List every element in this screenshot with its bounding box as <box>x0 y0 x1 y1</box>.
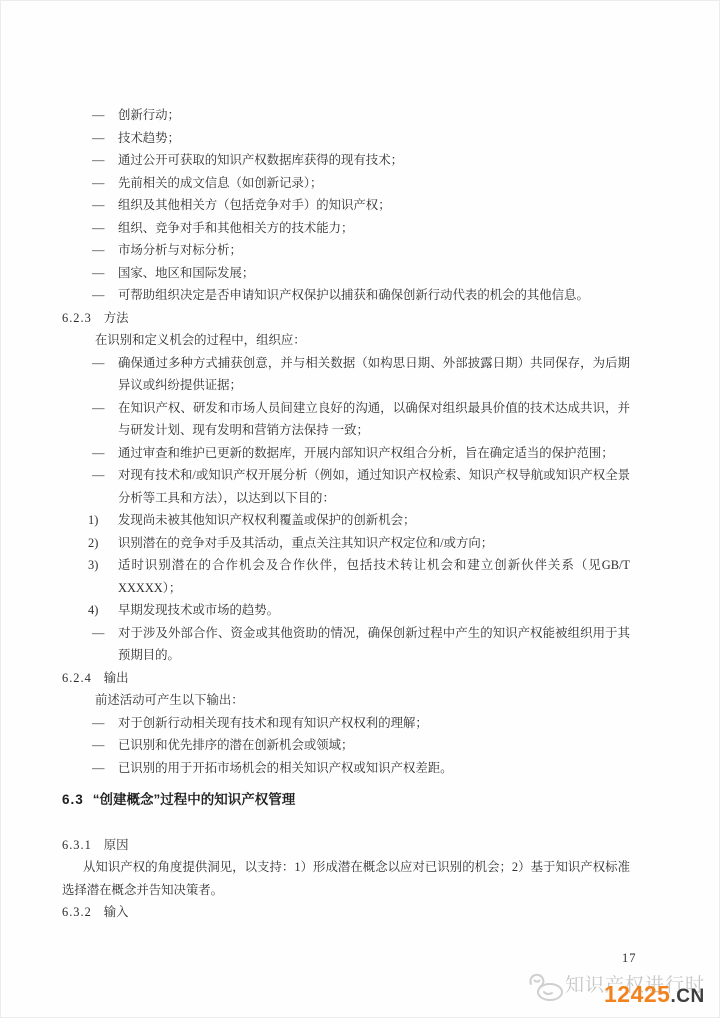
paragraph: 从知识产权的角度提供洞见，以支持：1）形成潜在概念以应对已识别的机会；2）基于知… <box>62 856 630 901</box>
document-page: —创新行动；—技术趋势；—通过公开可获取的知识产权数据库获得的现有技术；—先前相… <box>0 0 720 1018</box>
list-marker: 3) <box>88 554 118 599</box>
list-marker: — <box>92 712 118 735</box>
list-item-text: 对于涉及外部合作、资金或其他资助的情况，确保创新过程中产生的知识产权能被组织用于… <box>118 622 630 667</box>
list-item-text: 通过审查和维护已更新的数据库，开展内部知识产权组合分析，旨在确定适当的保护范围； <box>118 442 630 465</box>
section-title: “创建概念”过程中的知识产权管理 <box>93 792 296 807</box>
list-marker: 2) <box>88 532 118 555</box>
list-item-text: 创新行动； <box>118 104 630 127</box>
dash-list-item: —组织及其他相关方（包括竞争对手）的知识产权； <box>62 194 630 217</box>
list-marker: — <box>92 352 118 397</box>
dash-list-item: —确保通过多种方式捕获创意，并与相关数据（如构思日期、外部披露日期）共同保存，为… <box>62 352 630 397</box>
section-heading-bold: 6.3“创建概念”过程中的知识产权管理 <box>62 789 630 812</box>
list-item-text: 发现尚未被其他知识产权权利覆盖或保护的创新机会； <box>118 509 630 532</box>
list-marker: — <box>92 622 118 667</box>
list-item-text: 技术趋势； <box>118 127 630 150</box>
chat-bubbles-icon <box>528 972 564 1007</box>
section-heading: 6.2.3方法 <box>62 307 630 330</box>
list-marker: — <box>92 127 118 150</box>
dash-list-item: —组织、竞争对手和其他相关方的技术能力； <box>62 217 630 240</box>
dash-list-item: —通过公开可获取的知识产权数据库获得的现有技术； <box>62 149 630 172</box>
numbered-list-item: 4)早期发现技术或市场的趋势。 <box>62 599 630 622</box>
list-item-text: 适时识别潜在的合作机会及合作伙伴，包括技术转让机会和建立创新伙伴关系（见GB/T… <box>118 554 630 599</box>
list-marker: — <box>92 194 118 217</box>
list-marker: — <box>92 262 118 285</box>
dash-list-item: —已识别的用于开拓市场机会的相关知识产权或知识产权差距。 <box>62 757 630 780</box>
section-heading: 6.3.2输入 <box>62 901 630 924</box>
list-marker: 1) <box>88 509 118 532</box>
list-marker: — <box>92 284 118 307</box>
watermark: 知识产权进行时 12425.CN <box>528 964 714 1012</box>
list-marker: — <box>92 239 118 262</box>
list-item-text: 已识别的用于开拓市场机会的相关知识产权或知识产权差距。 <box>118 757 630 780</box>
list-item-text: 识别潜在的竞争对手及其活动，重点关注其知识产权定位和/或方向； <box>118 532 630 555</box>
numbered-list-item: 2)识别潜在的竞争对手及其活动，重点关注其知识产权定位和/或方向； <box>62 532 630 555</box>
watermark-site-url: 12425.CN <box>604 981 705 1008</box>
dash-list-item: —创新行动； <box>62 104 630 127</box>
dash-list-item: —通过审查和维护已更新的数据库，开展内部知识产权组合分析，旨在确定适当的保护范围… <box>62 442 630 465</box>
dash-list-item: —技术趋势； <box>62 127 630 150</box>
section-title: 输出 <box>104 671 129 685</box>
list-item-text: 组织及其他相关方（包括竞争对手）的知识产权； <box>118 194 630 217</box>
numbered-list-item: 3)适时识别潜在的合作机会及合作伙伴，包括技术转让机会和建立创新伙伴关系（见GB… <box>62 554 630 599</box>
section-number: 6.2.4 <box>62 671 92 685</box>
list-item-text: 组织、竞争对手和其他相关方的技术能力； <box>118 217 630 240</box>
paragraph: 前述活动可产生以下输出： <box>62 689 630 712</box>
section-number: 6.3.2 <box>62 905 92 919</box>
section-title: 输入 <box>104 905 129 919</box>
list-marker: 4) <box>88 599 118 622</box>
list-item-text: 可帮助组织决定是否申请知识产权保护以捕获和确保创新行动代表的机会的其他信息。 <box>118 284 630 307</box>
section-number: 6.3 <box>62 792 84 807</box>
list-marker: — <box>92 172 118 195</box>
list-item-text: 早期发现技术或市场的趋势。 <box>118 599 630 622</box>
list-item-text: 市场分析与对标分析； <box>118 239 630 262</box>
list-marker: — <box>92 442 118 465</box>
list-marker: — <box>92 149 118 172</box>
list-marker: — <box>92 397 118 442</box>
dash-list-item: —市场分析与对标分析； <box>62 239 630 262</box>
dash-list-item: —对现有技术和/或知识产权开展分析（例如，通过知识产权检索、知识产权导航或知识产… <box>62 464 630 509</box>
dash-list-item: —国家、地区和国际发展； <box>62 262 630 285</box>
list-item-text: 确保通过多种方式捕获创意，并与相关数据（如构思日期、外部披露日期）共同保存，为后… <box>118 352 630 397</box>
dash-list-item: —在知识产权、研发和市场人员间建立良好的沟通，以确保对组织最具价值的技术达成共识… <box>62 397 630 442</box>
document-body: —创新行动；—技术趋势；—通过公开可获取的知识产权数据库获得的现有技术；—先前相… <box>62 104 630 924</box>
list-marker: — <box>92 217 118 240</box>
section-heading: 6.2.4输出 <box>62 667 630 690</box>
list-item-text: 国家、地区和国际发展； <box>118 262 630 285</box>
list-item-text: 对于创新行动相关现有技术和现有知识产权权利的理解； <box>118 712 630 735</box>
watermark-site-tld: .CN <box>670 986 704 1007</box>
list-item-text: 先前相关的成文信息（如创新记录）； <box>118 172 630 195</box>
paragraph: 在识别和定义机会的过程中，组织应： <box>62 329 630 352</box>
watermark-site-number: 12425 <box>604 981 670 1007</box>
section-title: 方法 <box>104 311 129 325</box>
section-title: 原因 <box>104 838 129 852</box>
section-number: 6.3.1 <box>62 838 92 852</box>
dash-list-item: —先前相关的成文信息（如创新记录）； <box>62 172 630 195</box>
list-marker: — <box>92 464 118 509</box>
dash-list-item: —已识别和优先排序的潜在创新机会或领域； <box>62 734 630 757</box>
list-item-text: 对现有技术和/或知识产权开展分析（例如，通过知识产权检索、知识产权导航或知识产权… <box>118 464 630 509</box>
list-item-text: 通过公开可获取的知识产权数据库获得的现有技术； <box>118 149 630 172</box>
dash-list-item: —可帮助组织决定是否申请知识产权保护以捕获和确保创新行动代表的机会的其他信息。 <box>62 284 630 307</box>
list-marker: — <box>92 104 118 127</box>
list-item-text: 已识别和优先排序的潜在创新机会或领域； <box>118 734 630 757</box>
section-number: 6.2.3 <box>62 311 92 325</box>
dash-list-item: —对于创新行动相关现有技术和现有知识产权权利的理解； <box>62 712 630 735</box>
list-marker: — <box>92 757 118 780</box>
dash-list-item: —对于涉及外部合作、资金或其他资助的情况，确保创新过程中产生的知识产权能被组织用… <box>62 622 630 667</box>
list-marker: — <box>92 734 118 757</box>
numbered-list-item: 1)发现尚未被其他知识产权权利覆盖或保护的创新机会； <box>62 509 630 532</box>
list-item-text: 在知识产权、研发和市场人员间建立良好的沟通，以确保对组织最具价值的技术达成共识，… <box>118 397 630 442</box>
section-heading: 6.3.1原因 <box>62 834 630 857</box>
